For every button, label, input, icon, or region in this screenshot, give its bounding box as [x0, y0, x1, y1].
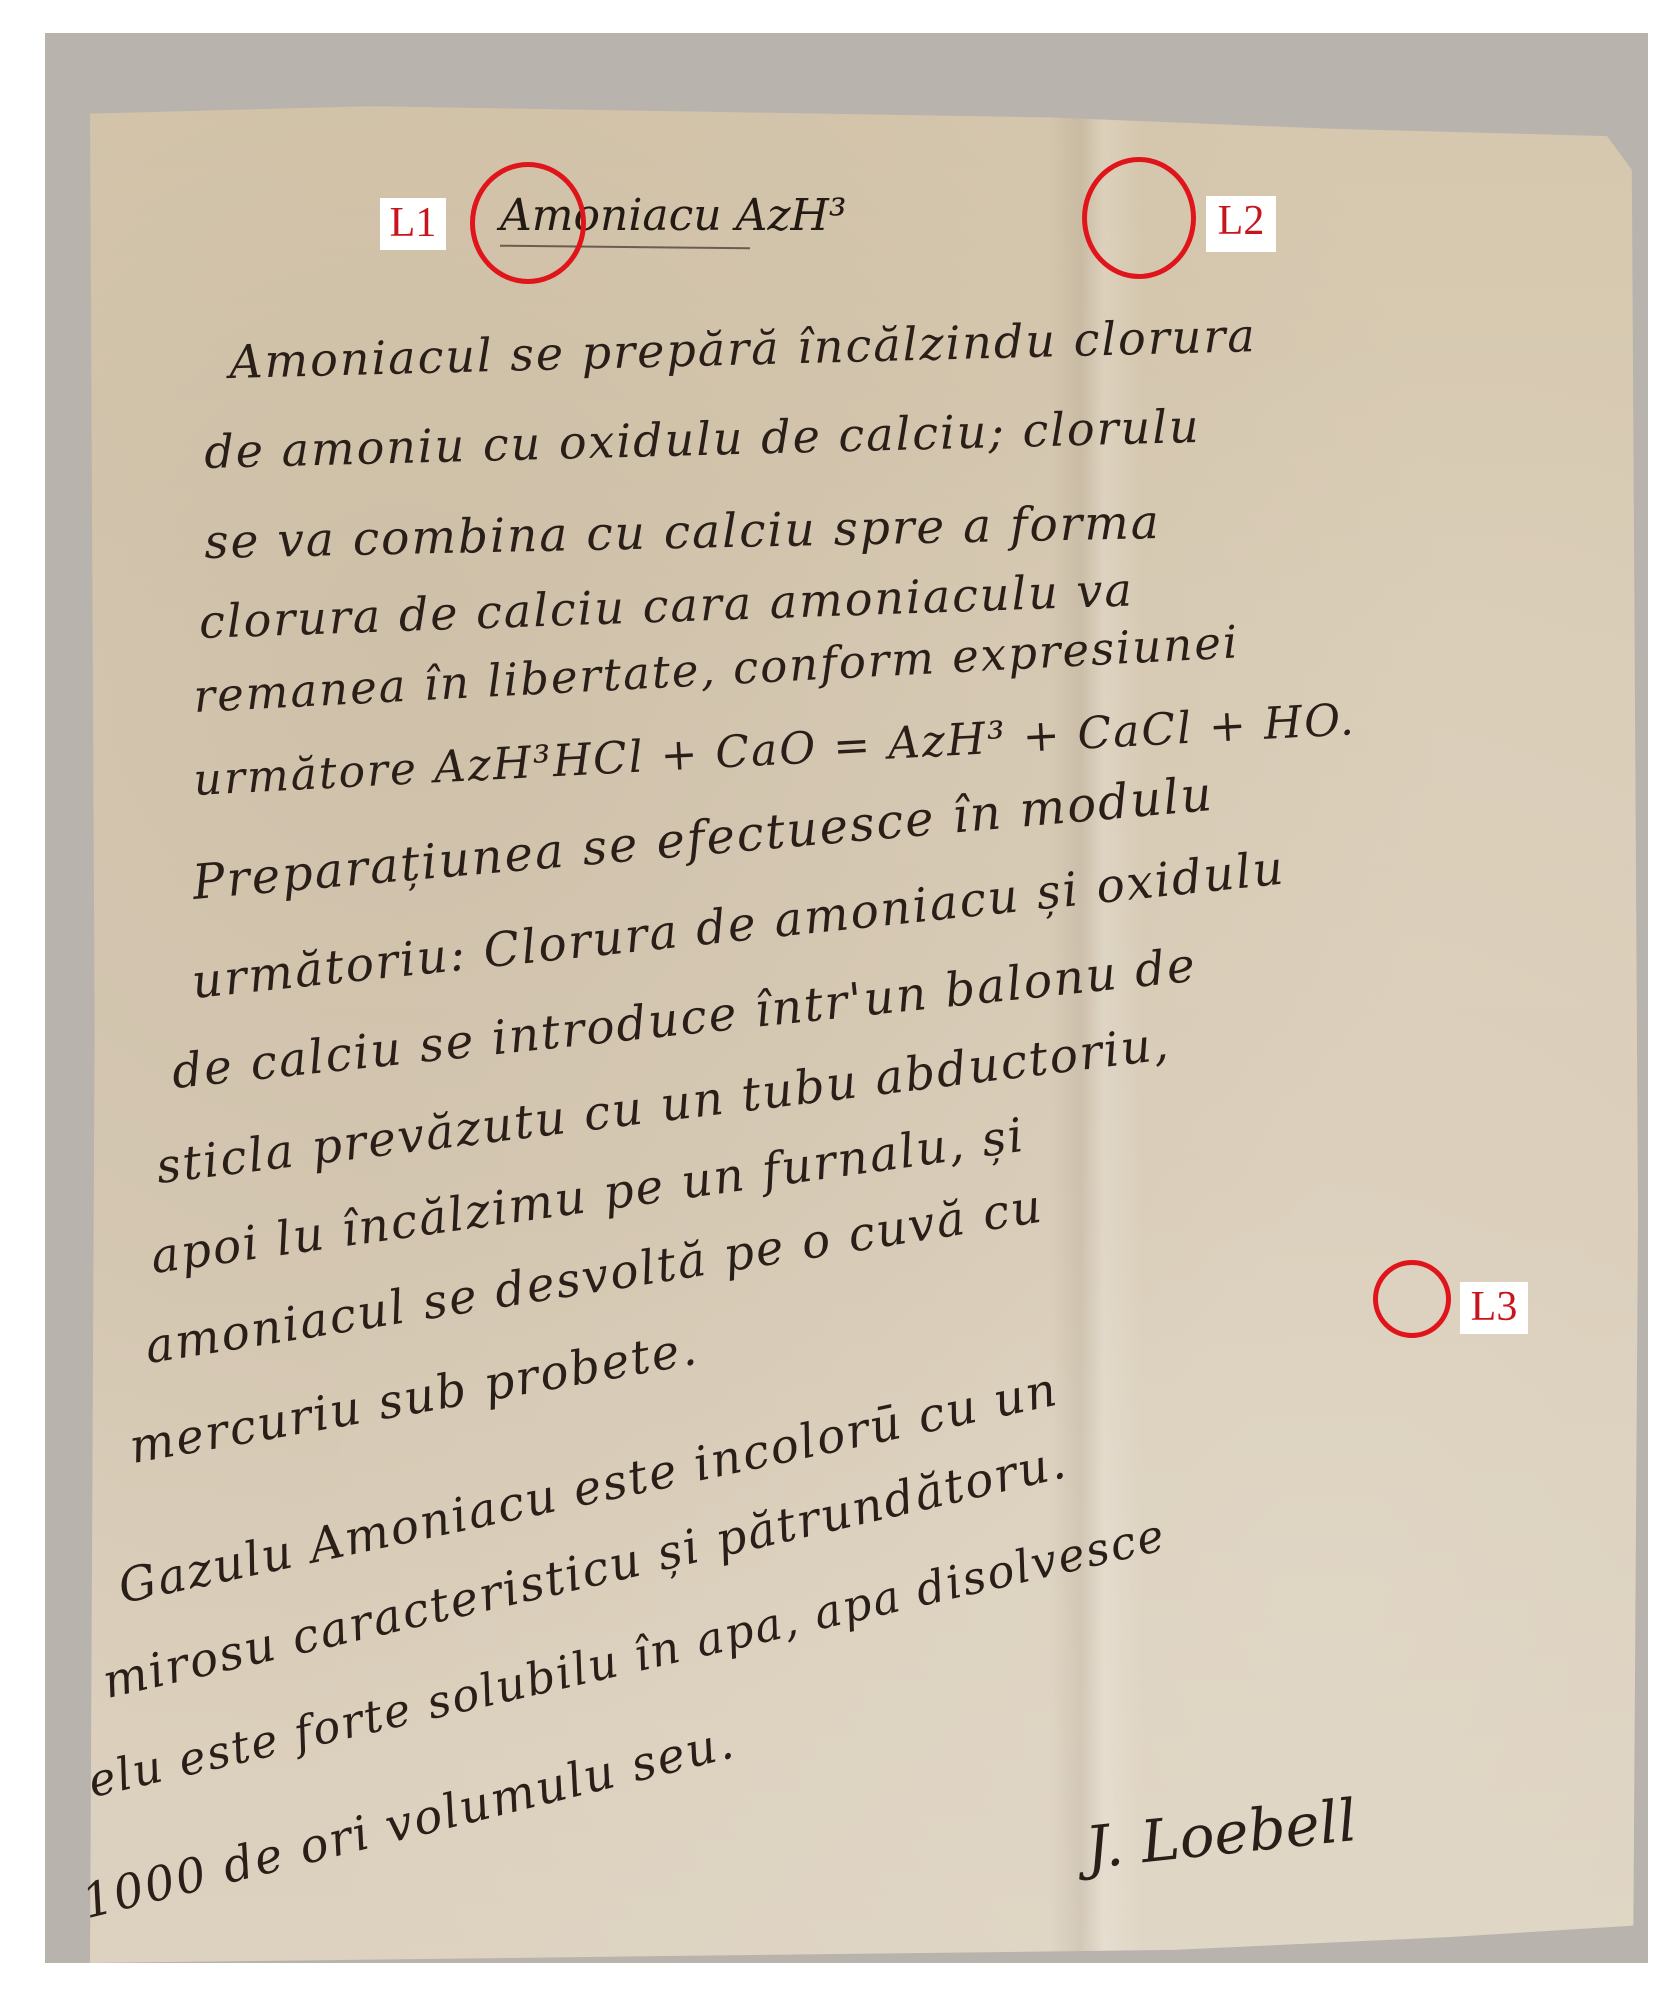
marker-circle-l2 [1082, 157, 1196, 279]
marker-label-l3: L3 [1460, 1282, 1528, 1334]
marker-label-l2: L2 [1206, 196, 1276, 252]
marker-circle-l1 [470, 162, 586, 284]
marker-label-l1: L1 [380, 198, 446, 250]
marker-circle-l3 [1373, 1260, 1451, 1338]
